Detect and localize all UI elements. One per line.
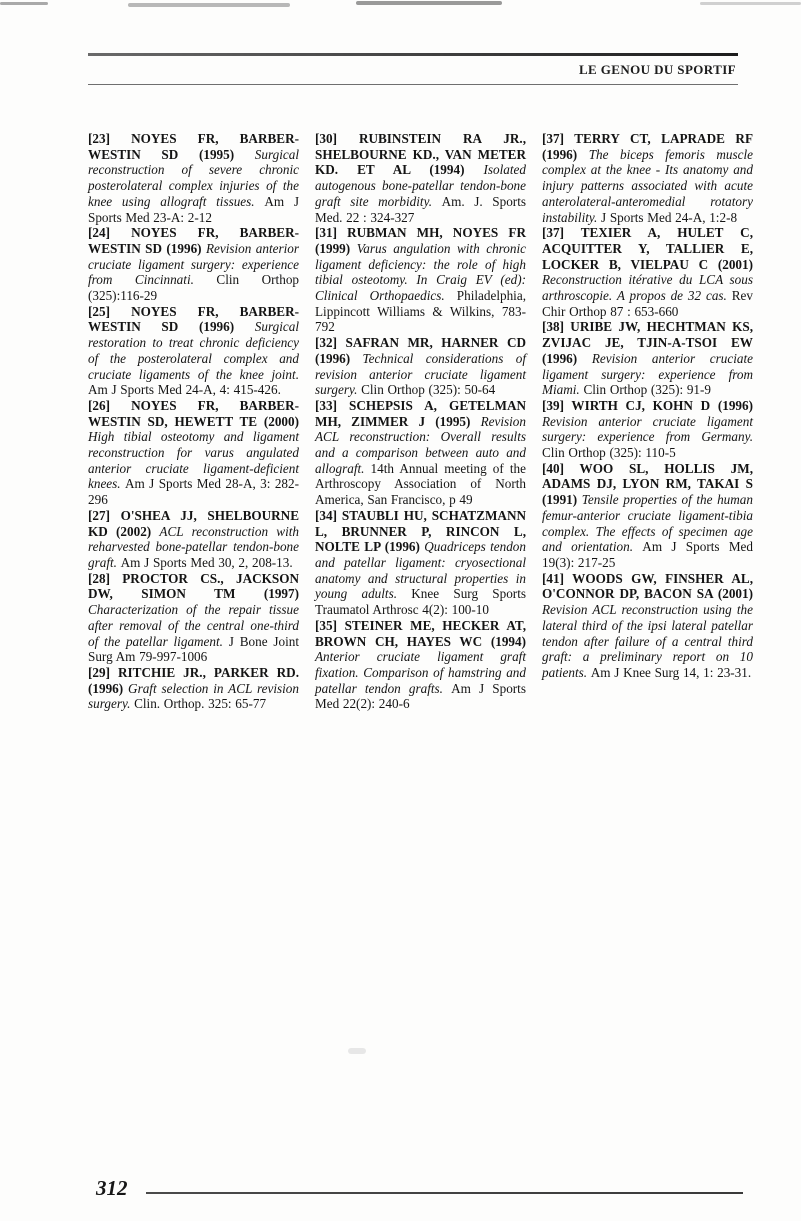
scanned-book-page: LE GENOU DU SPORTIF [23] NOYES FR, BARBE… [0, 0, 801, 1221]
reference-item: [32] SAFRAN MR, HARNER CD (1996) Technic… [315, 335, 526, 398]
reference-plain-segment: Clin Orthop (325): 91-9 [583, 382, 711, 397]
footer-rule [146, 1192, 743, 1194]
reference-bold-segment: [26] NOYES FR, BARBER-WESTIN SD, HEWETT … [88, 398, 299, 429]
reference-column: [23] NOYES FR, BARBER-WESTIN SD (1995) S… [88, 131, 299, 712]
reference-bold-segment: [39] WIRTH CJ, KOHN D (1996) [542, 398, 753, 413]
reference-plain-segment: Clin. Orthop. 325: 65-77 [134, 696, 266, 711]
reference-plain-segment: Am J Sports Med 30, 2, 208-13. [121, 555, 293, 570]
reference-column: [30] RUBINSTEIN RA JR., SHELBOURNE KD., … [315, 131, 526, 712]
reference-item: [35] STEINER ME, HECKER AT, BROWN CH, HA… [315, 618, 526, 712]
reference-italic-segment: Revision anterior cruciate ligament surg… [542, 414, 753, 445]
reference-item: [31] RUBMAN MH, NOYES FR (1999) Varus an… [315, 225, 526, 335]
reference-bold-segment: [28] PROCTOR CS., JACKSON DW, SIMON TM (… [88, 571, 299, 602]
header-rule-bottom [88, 84, 738, 85]
reference-item: [33] SCHEPSIS A, GETELMAN MH, ZIMMER J (… [315, 398, 526, 508]
reference-bold-segment: [35] STEINER ME, HECKER AT, BROWN CH, HA… [315, 618, 526, 649]
reference-item: [40] WOO SL, HOLLIS JM, ADAMS DJ, LYON R… [542, 461, 753, 571]
reference-plain-segment: Am J Knee Surg 14, 1: 23-31. [591, 665, 751, 680]
reference-item: [27] O'SHEA JJ, SHELBOURNE KD (2002) ACL… [88, 508, 299, 571]
reference-item: [39] WIRTH CJ, KOHN D (1996) Revision an… [542, 398, 753, 461]
reference-plain-segment: Clin Orthop (325): 110-5 [542, 445, 676, 460]
scan-artifact-streak [128, 3, 290, 7]
reference-item: [30] RUBINSTEIN RA JR., SHELBOURNE KD., … [315, 131, 526, 225]
reference-item: [26] NOYES FR, BARBER-WESTIN SD, HEWETT … [88, 398, 299, 508]
reference-item: [38] URIBE JW, HECHTMAN KS, ZVIJAC JE, T… [542, 319, 753, 398]
reference-item: [41] WOODS GW, FINSHER AL, O'CONNOR DP, … [542, 571, 753, 681]
reference-bold-segment: [37] TEXIER A, HULET C, ACQUITTER Y, TAL… [542, 225, 753, 271]
reference-item: [34] STAUBLI HU, SCHATZMANN L, BRUNNER P… [315, 508, 526, 618]
reference-column: [37] TERRY CT, LAPRADE RF (1996) The bic… [542, 131, 753, 712]
page-header-title: LE GENOU DU SPORTIF [88, 56, 738, 84]
reference-item: [24] NOYES FR, BARBER-WESTIN SD (1996) R… [88, 225, 299, 304]
scan-artifact-streak [700, 2, 801, 5]
scan-artifact-streak [356, 1, 502, 5]
references-section: [23] NOYES FR, BARBER-WESTIN SD (1995) S… [88, 131, 752, 712]
reference-italic-segment: Reconstruction itérative du LCA sous art… [542, 272, 753, 303]
reference-plain-segment: J Sports Med 24-A, 1:2-8 [601, 210, 737, 225]
reference-item: [23] NOYES FR, BARBER-WESTIN SD (1995) S… [88, 131, 299, 225]
reference-item: [37] TERRY CT, LAPRADE RF (1996) The bic… [542, 131, 753, 225]
reference-item: [25] NOYES FR, BARBER-WESTIN SD (1996) S… [88, 304, 299, 398]
reference-plain-segment: Am J Sports Med 24-A, 4: 415-426. [88, 382, 281, 397]
reference-item: [28] PROCTOR CS., JACKSON DW, SIMON TM (… [88, 571, 299, 665]
running-header: LE GENOU DU SPORTIF [88, 53, 738, 85]
reference-bold-segment: [41] WOODS GW, FINSHER AL, O'CONNOR DP, … [542, 571, 753, 602]
scan-artifact-smudge [348, 1048, 366, 1054]
reference-item: [37] TEXIER A, HULET C, ACQUITTER Y, TAL… [542, 225, 753, 319]
reference-item: [29] RITCHIE JR., PARKER RD. (1996) Graf… [88, 665, 299, 712]
page-number: 312 [96, 1176, 128, 1201]
scan-artifact-streak [0, 2, 48, 5]
reference-plain-segment: Clin Orthop (325): 50-64 [361, 382, 495, 397]
